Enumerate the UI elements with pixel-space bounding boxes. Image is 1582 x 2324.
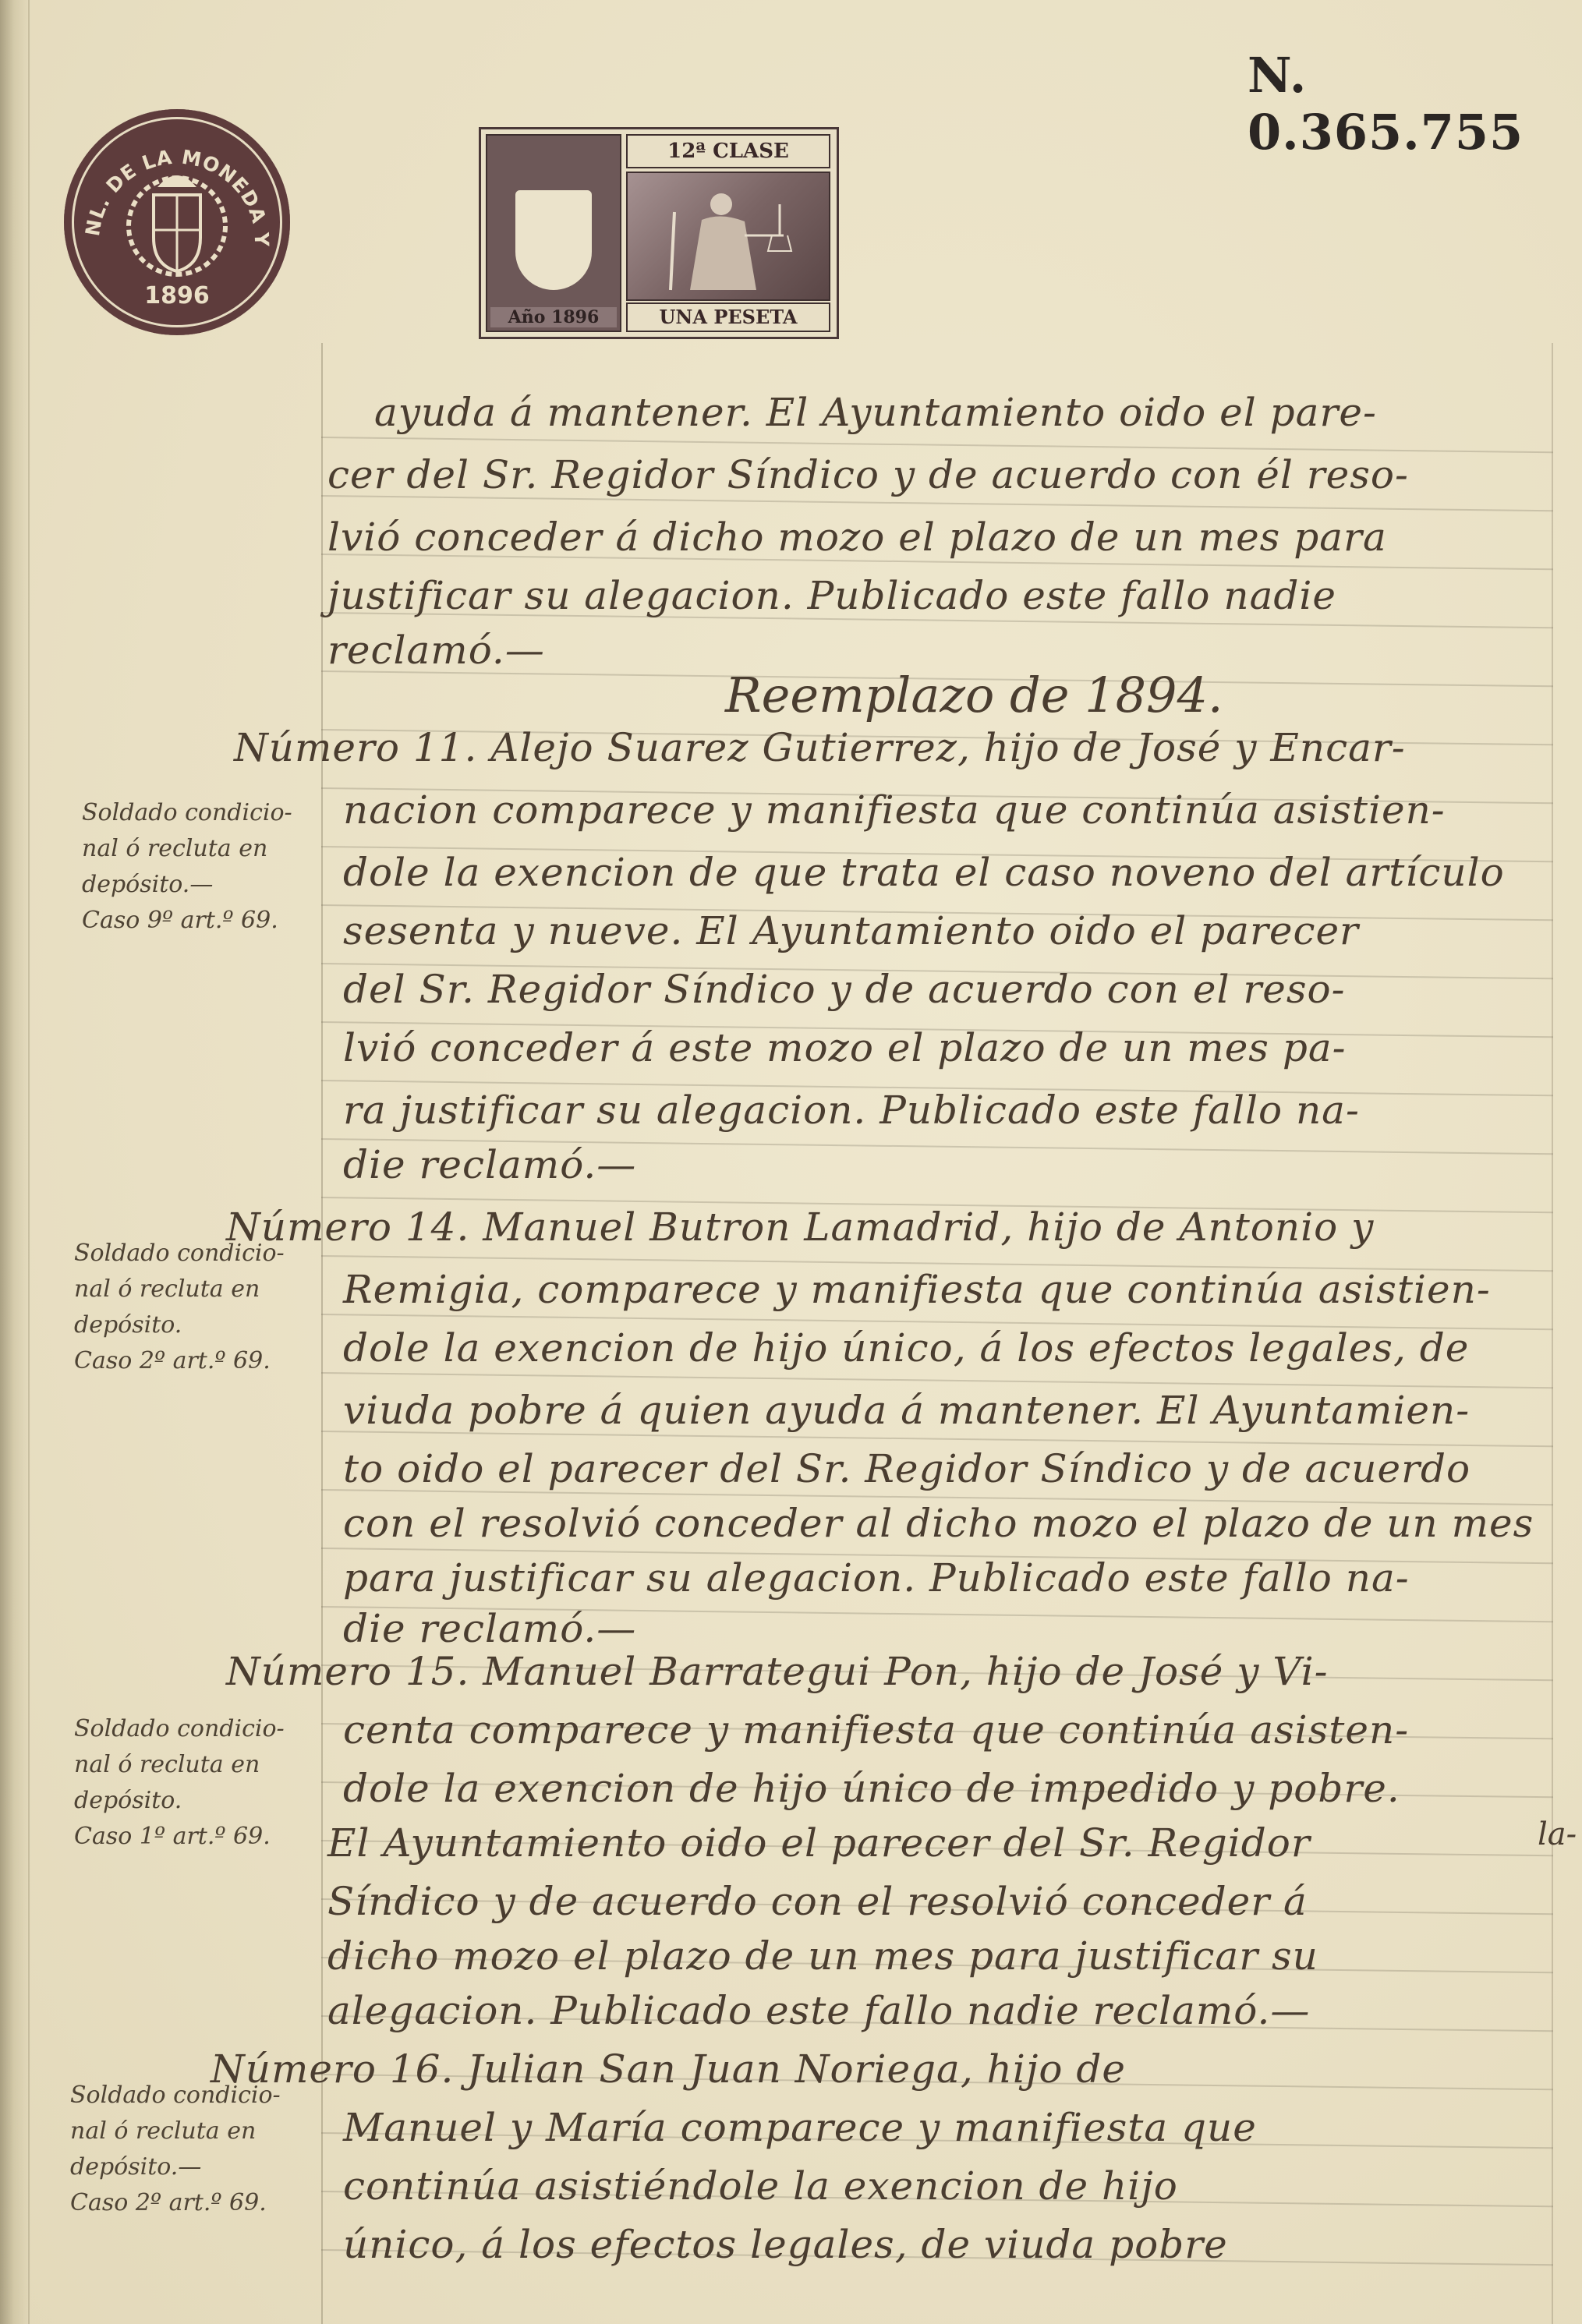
entry-line: único, á los efectos legales, de viuda p… xyxy=(343,2222,1228,2267)
margin-rule-line xyxy=(321,343,323,2324)
entry-line: sesenta y nueve. El Ayuntamiento oido el… xyxy=(343,908,1359,953)
entry-line: Número 15. Manuel Barrategui Pon, hijo d… xyxy=(226,1649,1329,1694)
entry-line: ra justificar su alegacion. Publicado es… xyxy=(343,1088,1360,1133)
entry-line: Número 14. Manuel Butron Lamadrid, hijo … xyxy=(226,1204,1374,1250)
stamp-class-label: 12ª CLASE xyxy=(626,134,830,168)
justice-figure-icon xyxy=(626,172,830,301)
entry-line: dole la exencion de que trata el caso no… xyxy=(343,850,1505,895)
entry-line: viuda pobre á quien ayuda á mantener. El… xyxy=(343,1388,1470,1433)
entry-line: para justificar su alegacion. Publicado … xyxy=(343,1555,1410,1601)
margin-note: Soldado condicio- nal ó recluta en depós… xyxy=(70,2078,304,2221)
entry-line: lvió conceder á este mozo el plazo de un… xyxy=(343,1025,1347,1070)
entry-line: alegacion. Publicado este fallo nadie re… xyxy=(327,1988,1310,2033)
ruled-line xyxy=(321,1372,1553,1388)
margin-note: Soldado condicio- nal ó recluta en depós… xyxy=(82,795,316,939)
revenue-stamp: Año 1896 12ª CLASE UNA PESETA xyxy=(479,127,839,339)
ledger-page: N. 0.365.755 FABRICA NL. DE LA MONEDA Y … xyxy=(0,0,1582,2324)
entry-line: del Sr. Regidor Síndico y de acuerdo con… xyxy=(343,967,1345,1012)
serial-number: N. 0.365.755 xyxy=(1248,47,1582,161)
entry-line: centa comparece y manifiesta que continú… xyxy=(343,1707,1409,1753)
ruled-line xyxy=(321,437,1553,453)
entry-line: El Ayuntamiento oido el parecer del Sr. … xyxy=(327,1820,1311,1866)
stamp-crest-panel: Año 1896 xyxy=(486,134,621,332)
entry-line: Número 11. Alejo Suarez Gutierrez, hijo … xyxy=(234,725,1406,770)
entry-line: Síndico y de acuerdo con el resolvió con… xyxy=(327,1879,1308,1924)
section-heading: Reemplazo de 1894. xyxy=(725,667,1223,723)
entry-line: to oido el parecer del Sr. Regidor Síndi… xyxy=(343,1446,1471,1491)
stamp-year-label: Año 1896 xyxy=(490,307,617,327)
entry-line: Remigia, comparece y manifiesta que cont… xyxy=(343,1267,1491,1312)
margin-note: Soldado condicio- nal ó recluta en depós… xyxy=(74,1711,308,1855)
entry-line: Número 16. Julian San Juan Noriega, hijo… xyxy=(211,2046,1126,2092)
mint-seal: FABRICA NL. DE LA MONEDA Y TIMBRE 1896 xyxy=(64,109,290,335)
entry-line: con el resolvió conceder al dicho mozo e… xyxy=(343,1501,1534,1546)
binding-edge xyxy=(28,0,30,2324)
entry-line: continúa asistiéndole la exencion de hij… xyxy=(343,2163,1178,2209)
entry-line: die reclamó.— xyxy=(343,1606,636,1651)
body-line: reclamó.— xyxy=(327,628,545,673)
entry-line: dicho mozo el plazo de un mes para justi… xyxy=(327,1933,1318,1979)
entry-line: nacion comparece y manifiesta que contin… xyxy=(343,787,1446,833)
shield-icon xyxy=(515,190,592,290)
entry-line: dole la exencion de hijo único de impedi… xyxy=(343,1766,1400,1811)
margin-note: Soldado condicio- nal ó recluta en depós… xyxy=(74,1236,308,1379)
seal-year: 1896 xyxy=(64,282,290,310)
entry-line: Manuel y María comparece y manifiesta qu… xyxy=(343,2105,1257,2150)
body-line: justificar su alegacion. Publicado este … xyxy=(327,573,1336,618)
edge-note: la- xyxy=(1538,1816,1577,1852)
body-line: cer del Sr. Regidor Síndico y de acuerdo… xyxy=(327,452,1409,497)
entry-line: die reclamó.— xyxy=(343,1142,636,1187)
body-line: ayuda á mantener. El Ayuntamiento oido e… xyxy=(374,390,1377,435)
ruled-line xyxy=(321,495,1553,511)
right-rule-line xyxy=(1552,343,1553,2324)
ruled-line xyxy=(321,1431,1553,1447)
stamp-value-label: UNA PESETA xyxy=(626,302,830,332)
entry-line: dole la exencion de hijo único, á los ef… xyxy=(343,1325,1469,1371)
body-line: lvió conceder á dicho mozo el plazo de u… xyxy=(327,515,1387,560)
